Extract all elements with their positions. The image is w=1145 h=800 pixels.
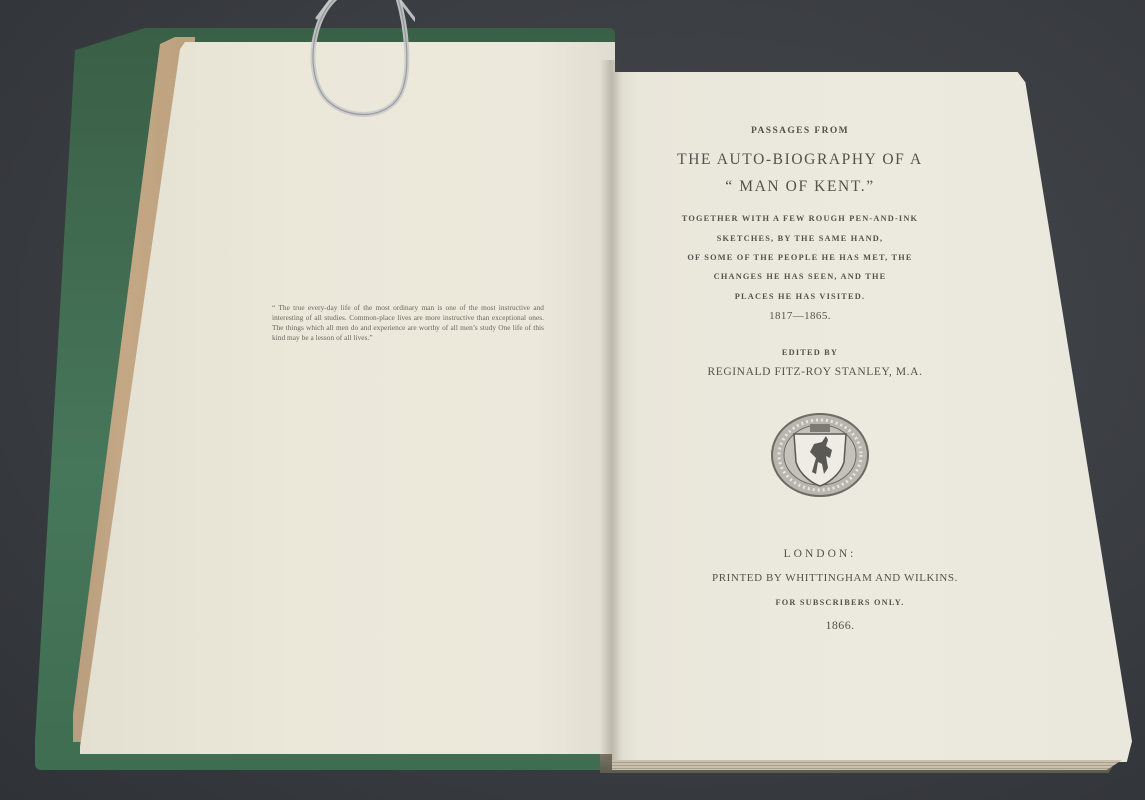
date-range: 1817—1865. [630, 310, 970, 322]
book-photo: “ The true every-day life of the most or… [0, 0, 1145, 800]
subtitle-line-1: TOGETHER WITH A FEW ROUGH PEN-AND-INK [630, 214, 970, 223]
book-gutter [600, 60, 622, 760]
epigraph-quote: “ The true every-day life of the most or… [272, 303, 544, 343]
ribbon-loop-icon [305, 0, 415, 130]
subtitle-line-5: PLACES HE HAS VISITED. [630, 292, 970, 301]
editor-name: REGINALD FITZ-ROY STANLEY, M.A. [640, 366, 990, 378]
title-page [612, 72, 1132, 762]
subscribers-note: FOR SUBSCRIBERS ONLY. [690, 598, 990, 607]
printer: PRINTED BY WHITTINGHAM AND WILKINS. [680, 572, 990, 584]
page-block-edges [612, 760, 1122, 770]
subtitle-line-2: SKETCHES, BY THE SAME HAND, [630, 234, 970, 243]
subtitle-line-3: OF SOME OF THE PEOPLE HE HAS MET, THE [630, 253, 970, 262]
kent-horse-seal-icon [770, 412, 870, 498]
title-line-2: “ MAN OF KENT.” [630, 178, 970, 196]
publication-year: 1866. [690, 618, 990, 633]
pre-title: PASSAGES FROM [630, 126, 970, 136]
edited-by-label: EDITED BY [670, 348, 950, 357]
subtitle-line-4: CHANGES HE HAS SEEN, AND THE [630, 272, 970, 281]
title-line-1: THE AUTO-BIOGRAPHY OF A [630, 151, 970, 169]
imprint-city: LONDON: [670, 548, 970, 560]
